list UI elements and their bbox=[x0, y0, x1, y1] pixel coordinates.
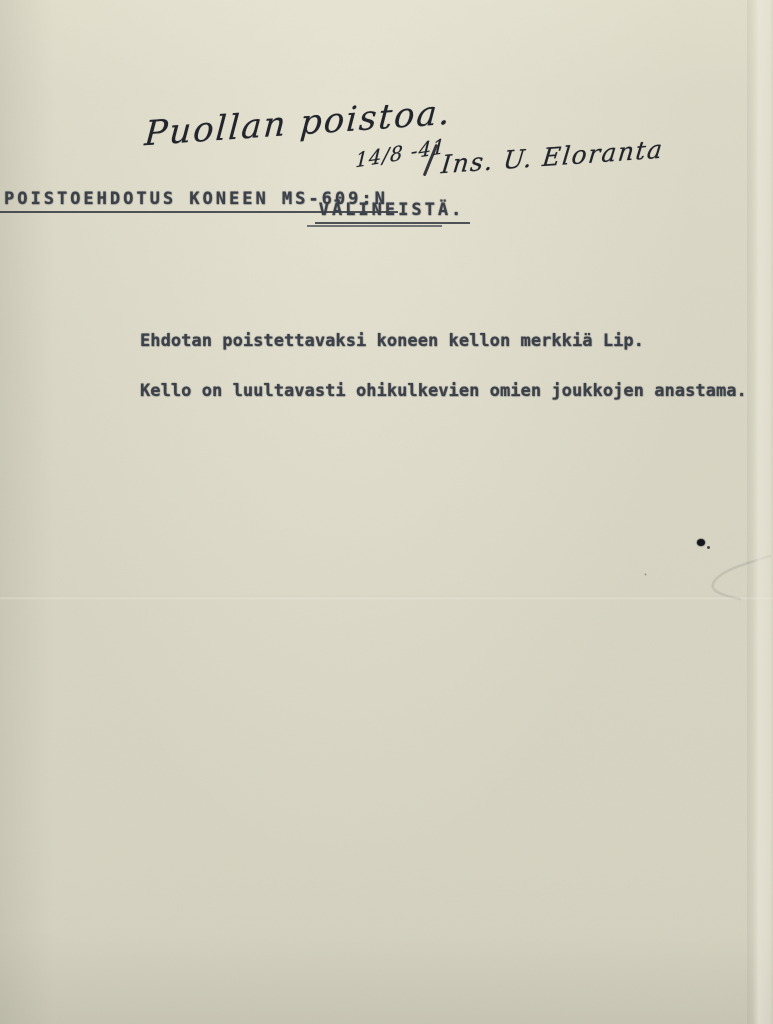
body-paragraph-1: Ehdotan poistettavaksi koneen kellon mer… bbox=[140, 331, 644, 351]
document-title-line-2: VÄLINEISTÄ. bbox=[315, 202, 471, 224]
ink-speck bbox=[707, 546, 710, 549]
page-edge-highlight bbox=[747, 0, 773, 1024]
fold-crease bbox=[0, 596, 773, 599]
body-paragraph-2: Kello on luultavasti ohikulkevien omien … bbox=[140, 381, 747, 401]
ink-dot bbox=[697, 539, 705, 546]
title-row: VÄLINEISTÄ. bbox=[0, 202, 757, 224]
handwritten-signature: Ins. U. Eloranta bbox=[440, 134, 665, 179]
scanned-document-page: Puollan poistoa. 14/8 -41 Ins. U. Eloran… bbox=[0, 0, 773, 1024]
document-title: POISTOEHDOTUS KONEEN MS-609:N VÄLINEISTÄ… bbox=[0, 191, 773, 224]
